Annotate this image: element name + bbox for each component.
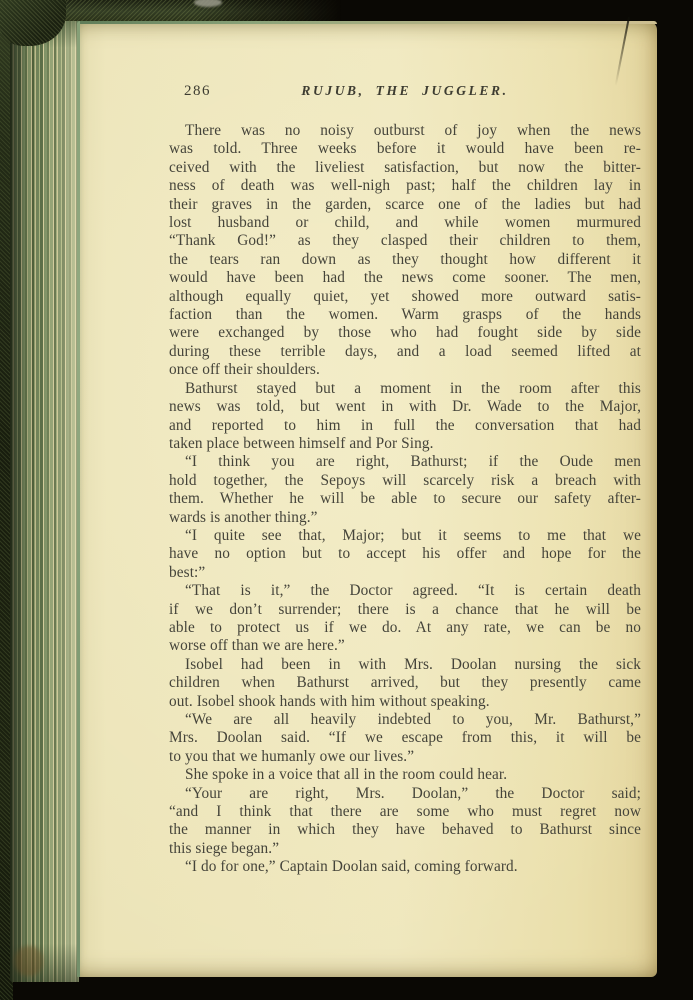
running-title: RUJUB, THE JUGGLER. [169, 83, 641, 99]
text-line: Isobel had been in with Mrs. Doolan nurs… [169, 656, 641, 674]
text-line: once off their shoulders. [169, 361, 641, 379]
text-line: out. Isobel shook hands with him without… [169, 693, 641, 711]
text-line: children when Bathurst arrived, but they… [169, 674, 641, 692]
text-line: was told. Three weeks before it would ha… [169, 140, 641, 158]
text-line: although equally quiet, yet showed more … [169, 288, 641, 306]
text-line: “I do for one,” Captain Doolan said, com… [169, 858, 641, 876]
page-top-edge-tint [77, 21, 657, 24]
text-line: during these terrible days, and a load s… [169, 343, 641, 361]
text-line: to you that we humanly owe our lives.” [169, 748, 641, 766]
printed-content: 286 RUJUB, THE JUGGLER. There was no noi… [169, 83, 641, 877]
text-line: lost husband or child, and while women m… [169, 214, 641, 232]
text-line: “I think you are right, Bathurst; if the… [169, 453, 641, 471]
text-line: them. Whether he will be able to secure … [169, 490, 641, 508]
scanned-book-photo: 286 RUJUB, THE JUGGLER. There was no noi… [0, 0, 693, 1000]
text-line: the tears ran down as they thought how d… [169, 251, 641, 269]
page-left-edge-tint [77, 21, 80, 977]
text-line: their graves in the garden, scarce one o… [169, 196, 641, 214]
text-line: Mrs. Doolan said. “If we escape from thi… [169, 729, 641, 747]
page-stack-edges [10, 19, 79, 982]
text-line: “I quite see that, Major; but it seems t… [169, 527, 641, 545]
text-line: Bathurst stayed but a moment in the room… [169, 380, 641, 398]
book-page: 286 RUJUB, THE JUGGLER. There was no noi… [77, 21, 657, 977]
text-line: “Your are right, Mrs. Doolan,” the Docto… [169, 785, 641, 803]
text-line: best:” [169, 564, 641, 582]
text-line: hold together, the Sepoys will scarcely … [169, 472, 641, 490]
text-line: news was told, but went in with Dr. Wade… [169, 398, 641, 416]
page-corner-crease [615, 17, 630, 86]
text-line: wards is another thing.” [169, 509, 641, 527]
text-line: “We are all heavily indebted to you, Mr.… [169, 711, 641, 729]
text-line: were exchanged by those who had fought s… [169, 324, 641, 342]
text-line: the manner in which they have behaved to… [169, 821, 641, 839]
text-line: “Thank God!” as they clasped their child… [169, 232, 641, 250]
text-line: There was no noisy outburst of joy when … [169, 122, 641, 140]
text-line: faction than the women. Warm grasps of t… [169, 306, 641, 324]
text-line: ness of death was well-nigh past; half t… [169, 177, 641, 195]
text-line: able to protect us if we do. At any rate… [169, 619, 641, 637]
cover-wear-patch [15, 946, 43, 976]
text-line: would have been had the news come sooner… [169, 269, 641, 287]
text-line: this siege began.” [169, 840, 641, 858]
text-line: She spoke in a voice that all in the roo… [169, 766, 641, 784]
text-line: have no option but to accept his offer a… [169, 545, 641, 563]
page-body: There was no noisy outburst of joy when … [169, 122, 641, 877]
page-header: 286 RUJUB, THE JUGGLER. [169, 83, 641, 100]
text-line: ceived with the liveliest satisfaction, … [169, 159, 641, 177]
text-line: taken place between himself and Por Sing… [169, 435, 641, 453]
text-line: worse off than we are here.” [169, 637, 641, 655]
text-line: “That is it,” the Doctor agreed. “It is … [169, 582, 641, 600]
text-line: “and I think that there are some who mus… [169, 803, 641, 821]
text-line: and reported to him in full the conversa… [169, 417, 641, 435]
text-line: if we don’t surrender; there is a chance… [169, 601, 641, 619]
